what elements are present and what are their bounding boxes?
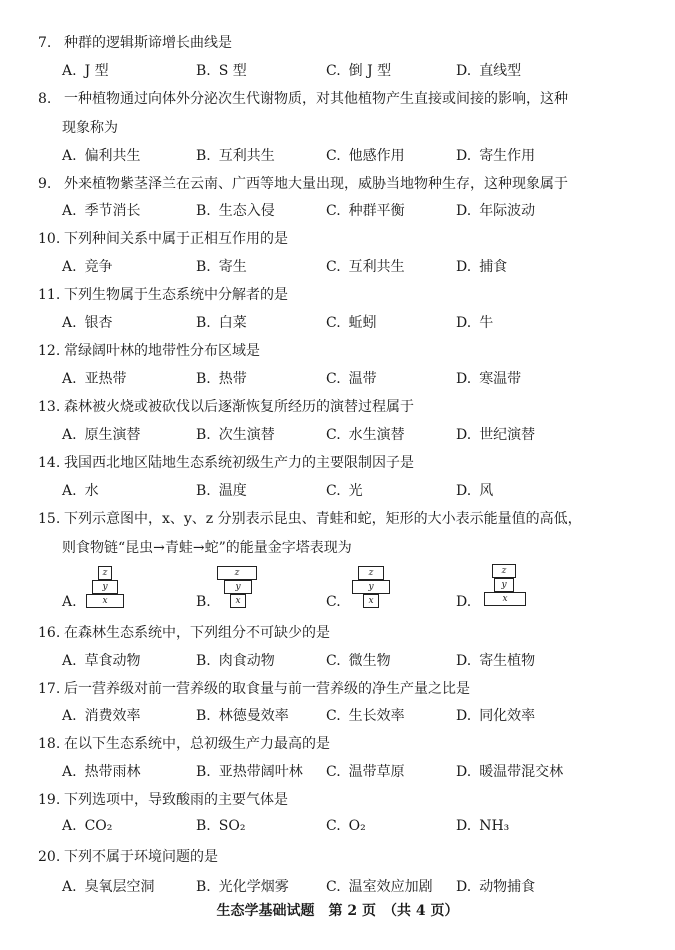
option-text: 蚯蚓 — [349, 315, 377, 331]
option-b[interactable]: B.寄生 — [196, 256, 247, 276]
option-label: A. — [62, 259, 77, 275]
option-label: B. — [196, 818, 211, 834]
option-text: 年际波动 — [479, 203, 535, 219]
question-text: 在森林生态系统中，下列组分不可缺少的是 — [64, 625, 330, 641]
option-text: 捕食 — [479, 259, 507, 275]
option-text: 温室效应加剧 — [349, 879, 433, 895]
option-label: D. — [456, 371, 471, 387]
option-text: 光 — [349, 483, 363, 499]
option-label: A. — [62, 653, 77, 669]
option-a[interactable]: A.草食动物 — [62, 650, 141, 670]
question-text: 在以下生态系统中，总初级生产力最高的是 — [64, 736, 330, 752]
option-text: S 型 — [219, 63, 247, 79]
option-c[interactable]: C.蚯蚓 — [326, 312, 377, 332]
option-b[interactable]: B.光化学烟雾 — [196, 876, 289, 896]
box-y: y — [224, 580, 252, 594]
option-label: C. — [326, 653, 341, 669]
option-b[interactable]: B.次生演替 — [196, 424, 275, 444]
option-label: D. — [456, 427, 471, 443]
option-label: D. — [456, 63, 471, 79]
option-text: 世纪演替 — [479, 427, 535, 443]
option-label: C. — [326, 708, 341, 724]
question-text-continued: 现象称为 — [62, 117, 118, 137]
option-d[interactable]: D.寒温带 — [456, 368, 521, 388]
option-label: C. — [326, 371, 341, 387]
option-a[interactable]: A.消费效率 — [62, 705, 141, 725]
option-text: 季节消长 — [85, 203, 141, 219]
option-label: D. — [456, 203, 471, 219]
option-label: C. — [326, 315, 341, 331]
options-row: A.偏利共生B.互利共生C.他感作用D.寄生作用 — [62, 145, 662, 165]
option-text: 风 — [479, 483, 493, 499]
question-text: 种群的逻辑斯谛增长曲线是 — [64, 35, 232, 51]
options-row: A.消费效率B.林德曼效率C.生长效率D.同化效率 — [62, 705, 662, 725]
option-b[interactable]: B.SO₂ — [196, 818, 245, 834]
option-text: 互利共生 — [349, 259, 405, 275]
option-b[interactable]: B.温度 — [196, 480, 247, 500]
option-label: B. — [196, 371, 211, 387]
option-label: A. — [62, 818, 77, 834]
options-row: A.竞争B.寄生C.互利共生D.捕食 — [62, 256, 662, 276]
question-12: 12.常绿阔叶林的地带性分布区域是 — [38, 340, 658, 360]
option-label: D. — [456, 764, 471, 780]
option-text: 互利共生 — [219, 148, 275, 164]
question-text: 下列示意图中，x、y、z 分别表示昆虫、青蛙和蛇，矩形的大小表示能量值的高低， — [64, 511, 582, 527]
option-text: 亚热带阔叶林 — [219, 764, 303, 780]
question-15: 15.下列示意图中，x、y、z 分别表示昆虫、青蛙和蛇，矩形的大小表示能量值的高… — [38, 508, 658, 528]
option-text: J 型 — [85, 63, 109, 79]
option-text: O₂ — [349, 818, 366, 834]
option-text: 同化效率 — [479, 708, 535, 724]
question-11: 11.下列生物属于生态系统中分解者的是 — [38, 284, 658, 304]
option-text: 温度 — [219, 483, 247, 499]
question-number: 19. — [38, 792, 64, 808]
option-d[interactable]: D.动物捕食 — [456, 876, 535, 896]
question-number: 13. — [38, 399, 64, 415]
option-b[interactable]: B.生态入侵 — [196, 200, 275, 220]
option-c[interactable]: C.温带草原 — [326, 761, 405, 781]
box-x: x — [86, 594, 124, 608]
option-label: B. — [196, 427, 211, 443]
question-7: 7.种群的逻辑斯谛增长曲线是 — [38, 32, 658, 52]
question-text: 常绿阔叶林的地带性分布区域是 — [64, 343, 260, 359]
box-z: z — [217, 566, 257, 580]
option-text: 倒 J 型 — [349, 63, 392, 79]
option-a[interactable]: A.CO₂ — [62, 818, 112, 834]
option-text: SO₂ — [219, 818, 246, 834]
option-text: 光化学烟雾 — [219, 879, 289, 895]
question-8: 8.一种植物通过向体外分泌次生代谢物质，对其他植物产生直接或间接的影响，这种 — [38, 88, 658, 108]
option-text: 臭氧层空洞 — [85, 879, 155, 895]
option-c[interactable]: C.温室效应加剧 — [326, 876, 433, 896]
option-b[interactable]: B.白菜 — [196, 312, 247, 332]
option-text: 林德曼效率 — [219, 708, 289, 724]
question-number: 7. — [38, 35, 64, 51]
question-18: 18.在以下生态系统中，总初级生产力最高的是 — [38, 733, 658, 753]
option-label: A. — [62, 483, 77, 499]
option-a[interactable]: A.热带雨林 — [62, 761, 141, 781]
box-y: y — [352, 580, 390, 594]
option-text: 种群平衡 — [349, 203, 405, 219]
option-text: 温带 — [349, 371, 377, 387]
option-b[interactable]: B.肉食动物 — [196, 650, 275, 670]
box-x: x — [363, 594, 379, 608]
option-b[interactable]: B.亚热带阔叶林 — [196, 761, 303, 781]
option-label: A. — [62, 315, 77, 331]
question-text: 下列生物属于生态系统中分解者的是 — [64, 287, 288, 303]
option-text: 生态入侵 — [219, 203, 275, 219]
option-c[interactable]: C.光 — [326, 480, 363, 500]
option-text: 暖温带混交林 — [479, 764, 563, 780]
options-row: A.原生演替B.次生演替C.水生演替D.世纪演替 — [62, 424, 662, 444]
option-label: C. — [326, 764, 341, 780]
option-label: C. — [326, 259, 341, 275]
option-text: 白菜 — [219, 315, 247, 331]
option-d[interactable]: D.风 — [456, 480, 493, 500]
option-label: B. — [196, 483, 211, 499]
option-label: C. — [326, 483, 341, 499]
option-text: 消费效率 — [85, 708, 141, 724]
question-20: 20.下列不属于环境问题的是 — [38, 846, 658, 866]
option-label: A. — [62, 203, 77, 219]
option-label: B. — [196, 653, 211, 669]
option-text: 偏利共生 — [85, 148, 141, 164]
option-label-a: A. — [62, 594, 77, 610]
options-row: A.银杏B.白菜C.蚯蚓D.牛 — [62, 312, 662, 332]
question-13: 13.森林被火烧或被砍伐以后逐渐恢复所经历的演替过程属于 — [38, 396, 658, 416]
options-row: A.草食动物B.肉食动物C.微生物D.寄生植物 — [62, 650, 662, 670]
option-a[interactable]: A.原生演替 — [62, 424, 141, 444]
option-c[interactable]: C.温带 — [326, 368, 377, 388]
option-label: A. — [62, 371, 77, 387]
question-text: 森林被火烧或被砍伐以后逐渐恢复所经历的演替过程属于 — [64, 399, 414, 415]
option-text: 寄生作用 — [479, 148, 535, 164]
box-z: z — [98, 566, 112, 580]
box-z: z — [492, 564, 516, 578]
option-label: C. — [326, 879, 341, 895]
question-number: 17. — [38, 681, 64, 697]
question-text: 下列不属于环境问题的是 — [64, 849, 218, 865]
option-text: 热带 — [219, 371, 247, 387]
option-text: 寒温带 — [479, 371, 521, 387]
option-label: C. — [326, 148, 341, 164]
option-label: D. — [456, 653, 471, 669]
question-text: 下列选项中，导致酸雨的主要气体是 — [64, 792, 288, 808]
option-label: D. — [456, 148, 471, 164]
option-d[interactable]: D.年际波动 — [456, 200, 535, 220]
option-label: D. — [456, 708, 471, 724]
option-text: 直线型 — [479, 63, 521, 79]
option-b[interactable]: B.热带 — [196, 368, 247, 388]
option-label: B. — [196, 203, 211, 219]
option-label: D. — [456, 483, 471, 499]
option-label-c: C. — [326, 594, 341, 610]
option-label: B. — [196, 879, 211, 895]
question-text: 外来植物紫茎泽兰在云南、广西等地大量出现，威胁当地物种生存，这种现象属于 — [64, 176, 568, 192]
option-a[interactable]: A.银杏 — [62, 312, 113, 332]
option-text: 牛 — [479, 315, 493, 331]
option-text: 水生演替 — [349, 427, 405, 443]
option-label: A. — [62, 63, 77, 79]
option-text: 原生演替 — [85, 427, 141, 443]
box-x: x — [230, 594, 246, 608]
question-number: 15. — [38, 511, 64, 527]
box-y: y — [92, 580, 118, 594]
option-c[interactable]: C.他感作用 — [326, 145, 405, 165]
question-9: 9.外来植物紫茎泽兰在云南、广西等地大量出现，威胁当地物种生存，这种现象属于 — [38, 173, 658, 193]
option-d[interactable]: D.直线型 — [456, 60, 521, 80]
option-label: B. — [196, 148, 211, 164]
option-b[interactable]: B.S 型 — [196, 60, 247, 80]
page-footer: 生态学基础试题 第 2 页 （共 4 页） — [0, 900, 675, 920]
option-text: 微生物 — [349, 653, 391, 669]
option-a[interactable]: A.水 — [62, 480, 99, 500]
options-row: A.热带雨林B.亚热带阔叶林C.温带草原D.暖温带混交林 — [62, 761, 662, 781]
option-label: D. — [456, 879, 471, 895]
option-label: B. — [196, 315, 211, 331]
option-c[interactable]: C.O₂ — [326, 818, 366, 834]
question-16: 16.在森林生态系统中，下列组分不可缺少的是 — [38, 622, 658, 642]
box-y: y — [494, 578, 514, 592]
option-text: 温带草原 — [349, 764, 405, 780]
question-19: 19.下列选项中，导致酸雨的主要气体是 — [38, 789, 658, 809]
question-text: 我国西北地区陆地生态系统初级生产力的主要限制因子是 — [64, 455, 414, 471]
option-label: A. — [62, 764, 77, 780]
option-label: C. — [326, 818, 341, 834]
question-text: 一种植物通过向体外分泌次生代谢物质，对其他植物产生直接或间接的影响，这种 — [64, 91, 568, 107]
options-row: A.季节消长B.生态入侵C.种群平衡D.年际波动 — [62, 200, 662, 220]
option-a[interactable]: A.季节消长 — [62, 200, 141, 220]
option-label: B. — [196, 259, 211, 275]
option-text: 肉食动物 — [219, 653, 275, 669]
option-label: C. — [326, 203, 341, 219]
option-a[interactable]: A.J 型 — [62, 60, 109, 80]
option-label-d: D. — [456, 594, 471, 610]
question-number: 12. — [38, 343, 64, 359]
question-10: 10.下列种间关系中属于正相互作用的是 — [38, 228, 658, 248]
question-number: 18. — [38, 736, 64, 752]
option-b[interactable]: B.互利共生 — [196, 145, 275, 165]
option-label: D. — [456, 315, 471, 331]
option-label: C. — [326, 427, 341, 443]
option-text: 竞争 — [85, 259, 113, 275]
question-number: 10. — [38, 231, 64, 247]
option-text: 寄生植物 — [479, 653, 535, 669]
option-text: 寄生 — [219, 259, 247, 275]
option-d[interactable]: D.捕食 — [456, 256, 507, 276]
option-label: A. — [62, 879, 77, 895]
option-text: 动物捕食 — [479, 879, 535, 895]
option-label-b: B. — [196, 594, 211, 610]
option-text: NH₃ — [479, 818, 509, 834]
option-text: 银杏 — [85, 315, 113, 331]
option-c[interactable]: C.种群平衡 — [326, 200, 405, 220]
option-text: 亚热带 — [85, 371, 127, 387]
option-text: 次生演替 — [219, 427, 275, 443]
option-label: A. — [62, 708, 77, 724]
options-row: A.臭氧层空洞B.光化学烟雾C.温室效应加剧D.动物捕食 — [62, 876, 662, 896]
question-number: 14. — [38, 455, 64, 471]
question-text: 下列种间关系中属于正相互作用的是 — [64, 231, 288, 247]
option-c[interactable]: C.生长效率 — [326, 705, 405, 725]
option-text: 他感作用 — [349, 148, 405, 164]
option-d[interactable]: D.寄生植物 — [456, 650, 535, 670]
option-label: A. — [62, 148, 77, 164]
option-c[interactable]: C.水生演替 — [326, 424, 405, 444]
option-c[interactable]: C.互利共生 — [326, 256, 405, 276]
options-row: A.水B.温度C.光D.风 — [62, 480, 662, 500]
option-c[interactable]: C.倒 J 型 — [326, 60, 391, 80]
option-d[interactable]: D.寄生作用 — [456, 145, 535, 165]
option-text: 水 — [85, 483, 99, 499]
option-label: B. — [196, 764, 211, 780]
option-text: 草食动物 — [85, 653, 141, 669]
option-label: D. — [456, 818, 471, 834]
option-d[interactable]: D.暖温带混交林 — [456, 761, 563, 781]
question-number: 8. — [38, 91, 64, 107]
option-d[interactable]: D.NH₃ — [456, 818, 509, 834]
question-text: 后一营养级对前一营养级的取食量与前一营养级的净生产量之比是 — [64, 681, 470, 697]
option-a[interactable]: A.亚热带 — [62, 368, 127, 388]
option-c[interactable]: C.微生物 — [326, 650, 391, 670]
option-text: 热带雨林 — [85, 764, 141, 780]
option-label: A. — [62, 427, 77, 443]
question-text-continued: 则食物链“昆虫→青蛙→蛇”的能量金字塔表现为 — [62, 537, 352, 557]
option-b[interactable]: B.林德曼效率 — [196, 705, 289, 725]
question-number: 11. — [38, 287, 64, 303]
question-14: 14.我国西北地区陆地生态系统初级生产力的主要限制因子是 — [38, 452, 658, 472]
option-a[interactable]: A.竞争 — [62, 256, 113, 276]
question-number: 20. — [38, 849, 64, 865]
option-label: B. — [196, 63, 211, 79]
option-label: B. — [196, 708, 211, 724]
option-text: 生长效率 — [349, 708, 405, 724]
option-text: CO₂ — [85, 818, 113, 834]
option-a[interactable]: A.臭氧层空洞 — [62, 876, 155, 896]
option-d[interactable]: D.同化效率 — [456, 705, 535, 725]
question-number: 9. — [38, 176, 64, 192]
box-x: x — [484, 592, 526, 606]
box-z: z — [358, 566, 384, 580]
option-label: C. — [326, 63, 341, 79]
options-row: A.CO₂B.SO₂C.O₂D.NH₃ — [62, 818, 662, 838]
question-number: 16. — [38, 625, 64, 641]
question-17: 17.后一营养级对前一营养级的取食量与前一营养级的净生产量之比是 — [38, 678, 658, 698]
option-label: D. — [456, 259, 471, 275]
option-d[interactable]: D.牛 — [456, 312, 493, 332]
option-a[interactable]: A.偏利共生 — [62, 145, 141, 165]
options-row: A.亚热带B.热带C.温带D.寒温带 — [62, 368, 662, 388]
options-row: A.J 型B.S 型C.倒 J 型D.直线型 — [62, 60, 662, 80]
option-d[interactable]: D.世纪演替 — [456, 424, 535, 444]
